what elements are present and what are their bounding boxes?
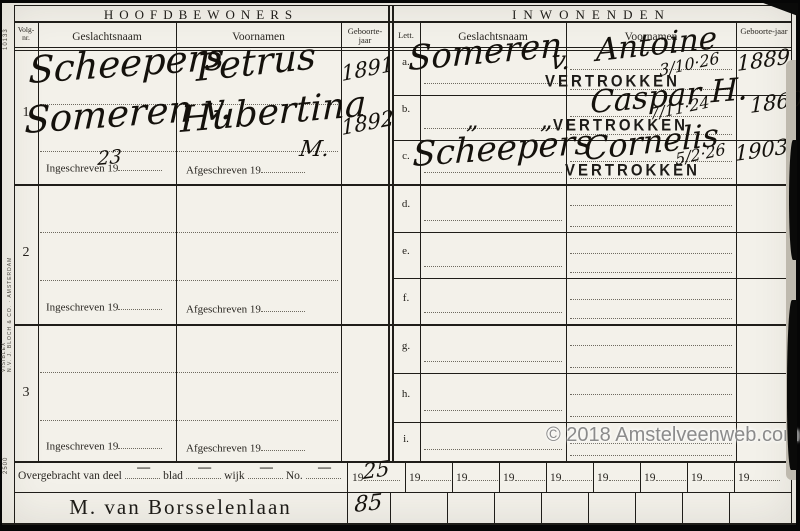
grid-line bbox=[593, 461, 594, 492]
dotted-line bbox=[424, 361, 562, 362]
row-letter: b. bbox=[394, 103, 418, 115]
dotted-leader bbox=[261, 163, 305, 173]
dotted-line bbox=[424, 410, 562, 411]
grid-line bbox=[14, 184, 791, 186]
grid-line bbox=[14, 21, 791, 23]
dotted-line bbox=[40, 420, 338, 421]
overgebracht-line: Overgebracht van deel — blad — wijk — No… bbox=[18, 468, 344, 482]
afgeschreven-line: Afgeschreven 19 bbox=[186, 302, 305, 315]
dotted-leader bbox=[703, 470, 733, 481]
year-cell: 19 bbox=[409, 470, 451, 484]
year-cell: 19 bbox=[550, 470, 592, 484]
grid-line bbox=[734, 461, 735, 492]
handwritten-dash: — bbox=[198, 459, 211, 475]
handwritten-surname-suffix: v. bbox=[549, 48, 573, 74]
row-letter: f. bbox=[394, 292, 418, 304]
dotted-line bbox=[424, 83, 562, 84]
ingeschreven-label: Ingeschreven 19 bbox=[46, 440, 118, 452]
grid-line bbox=[682, 492, 683, 523]
year-cell: 19 bbox=[644, 470, 686, 484]
dotted-line bbox=[40, 372, 338, 373]
year-prefix: 19 bbox=[691, 472, 703, 484]
afgeschreven-line: Afgeschreven 19 bbox=[186, 163, 305, 176]
dotted-line bbox=[570, 394, 732, 395]
year-prefix: 19 bbox=[644, 472, 656, 484]
blad-label: blad bbox=[163, 470, 183, 482]
afgeschreven-label: Afgeschreven 19 bbox=[186, 442, 261, 454]
dotted-line bbox=[424, 266, 562, 267]
register-page-scan: 10133 VISIBLEX N.V. J. BLOCH & CO. · AMS… bbox=[0, 0, 800, 531]
handwritten-year: 25 bbox=[363, 458, 389, 483]
row-letter: g. bbox=[394, 340, 418, 352]
dotted-leader bbox=[609, 470, 639, 481]
column-header-volgnr: Volg-nr. bbox=[14, 26, 38, 42]
year-prefix: 19 bbox=[503, 472, 515, 484]
scan-artifact bbox=[787, 300, 797, 470]
dotted-leader bbox=[118, 300, 162, 310]
dotted-line bbox=[570, 299, 732, 300]
grid-line bbox=[447, 492, 448, 523]
afgeschreven-line: Afgeschreven 19 bbox=[186, 441, 305, 454]
grid-line bbox=[14, 461, 791, 463]
overgebracht-label: Overgebracht van deel bbox=[18, 470, 122, 482]
dotted-line bbox=[424, 220, 562, 221]
grid-line bbox=[640, 461, 641, 492]
dotted-leader bbox=[421, 470, 451, 481]
grid-line bbox=[546, 461, 547, 492]
form-code-bottom: 2500 bbox=[3, 446, 10, 474]
row-number: 3 bbox=[14, 385, 38, 401]
handwritten-firstname-suffix: M. bbox=[298, 139, 331, 161]
grid-line bbox=[392, 232, 791, 233]
grid-line bbox=[14, 5, 791, 6]
no-label: No. bbox=[286, 470, 303, 482]
dotted-leader bbox=[468, 470, 498, 481]
grid-line bbox=[392, 278, 791, 279]
grid-line bbox=[390, 492, 391, 523]
grid-line bbox=[14, 492, 791, 493]
handwritten-house-number: 85 bbox=[354, 492, 383, 517]
ingeschreven-line: Ingeschreven 19 bbox=[46, 439, 162, 452]
handwritten-dash: — bbox=[260, 459, 273, 475]
grid-line bbox=[347, 461, 348, 492]
dotted-leader bbox=[515, 470, 545, 481]
scan-artifact bbox=[789, 140, 797, 260]
dotted-line bbox=[570, 345, 732, 346]
dotted-line bbox=[570, 205, 732, 206]
grid-line bbox=[405, 461, 406, 492]
dotted-line bbox=[424, 312, 562, 313]
grid-line bbox=[14, 324, 791, 326]
printer-address: N.V. J. BLOCH & CO. · AMSTERDAM bbox=[7, 257, 13, 372]
form-code-top: 10133 bbox=[3, 14, 10, 50]
row-letter: e. bbox=[394, 245, 418, 257]
grid-line bbox=[392, 373, 791, 374]
handwritten-ingeschreven-jaar: 23 bbox=[97, 148, 122, 169]
grid-line bbox=[452, 461, 453, 492]
row-letter: i. bbox=[394, 433, 418, 445]
handwritten-dash: — bbox=[137, 459, 150, 475]
dotted-line bbox=[570, 455, 732, 456]
year-prefix: 19 bbox=[456, 472, 468, 484]
watermark: © 2018 Amstelveenweb.com bbox=[546, 424, 800, 447]
row-letter: d. bbox=[394, 198, 418, 210]
year-cell: 19 bbox=[503, 470, 545, 484]
year-prefix: 19 bbox=[352, 472, 364, 484]
dotted-line bbox=[570, 367, 732, 368]
year-prefix: 19 bbox=[738, 472, 750, 484]
dotted-line bbox=[570, 226, 732, 227]
dotted-line bbox=[40, 280, 338, 281]
dotted-leader: — bbox=[306, 468, 341, 479]
grid-line bbox=[2, 523, 796, 525]
dotted-leader bbox=[261, 302, 305, 312]
grid-line bbox=[392, 422, 791, 423]
year-prefix: 19 bbox=[597, 472, 609, 484]
ditto-mark: „ bbox=[466, 108, 478, 132]
year-prefix: 19 bbox=[550, 472, 562, 484]
dotted-line bbox=[570, 318, 732, 319]
grid-line bbox=[420, 22, 421, 461]
printer-imprint: VISIBLEX N.V. J. BLOCH & CO. · AMSTERDAM bbox=[1, 190, 13, 372]
dotted-line bbox=[570, 253, 732, 254]
wijk-label: wijk bbox=[224, 470, 244, 482]
street-name: M. van Borsselenlaan bbox=[14, 495, 347, 520]
dotted-leader bbox=[750, 470, 780, 481]
dotted-line bbox=[570, 272, 732, 273]
grid-line bbox=[14, 5, 15, 523]
grid-line bbox=[588, 492, 589, 523]
grid-line bbox=[494, 492, 495, 523]
column-header-geboortejaar-right: Geboorte-jaar bbox=[738, 27, 790, 36]
row-letter: h. bbox=[394, 388, 418, 400]
grid-line bbox=[635, 492, 636, 523]
dotted-leader bbox=[261, 441, 305, 451]
dotted-line bbox=[40, 232, 338, 233]
ingeschreven-line: Ingeschreven 19 bbox=[46, 300, 162, 313]
dotted-leader: — bbox=[248, 468, 283, 479]
dotted-leader bbox=[656, 470, 686, 481]
grid-line bbox=[687, 461, 688, 492]
grid-line bbox=[729, 492, 730, 523]
handwritten-dash: — bbox=[318, 459, 331, 475]
year-cell: 19 bbox=[738, 470, 780, 484]
year-cell: 19 bbox=[597, 470, 639, 484]
dotted-leader bbox=[118, 439, 162, 449]
year-cell: 19 bbox=[456, 470, 498, 484]
grid-line bbox=[347, 492, 348, 523]
dotted-leader: — bbox=[186, 468, 221, 479]
dotted-leader: — bbox=[125, 468, 160, 479]
grid-line bbox=[499, 461, 500, 492]
dotted-line bbox=[570, 416, 732, 417]
dotted-leader bbox=[118, 161, 162, 171]
dotted-line bbox=[424, 449, 562, 450]
ingeschreven-label: Ingeschreven 19 bbox=[46, 301, 118, 313]
dotted-line bbox=[40, 151, 338, 152]
year-cell: 19 bbox=[691, 470, 733, 484]
afgeschreven-label: Afgeschreven 19 bbox=[186, 303, 261, 315]
grid-line bbox=[541, 492, 542, 523]
column-header-geboortejaar-left: Geboorte-jaar bbox=[343, 27, 387, 45]
year-prefix: 19 bbox=[409, 472, 421, 484]
row-number: 2 bbox=[14, 245, 38, 261]
afgeschreven-label: Afgeschreven 19 bbox=[186, 164, 261, 176]
dotted-leader bbox=[562, 470, 592, 481]
